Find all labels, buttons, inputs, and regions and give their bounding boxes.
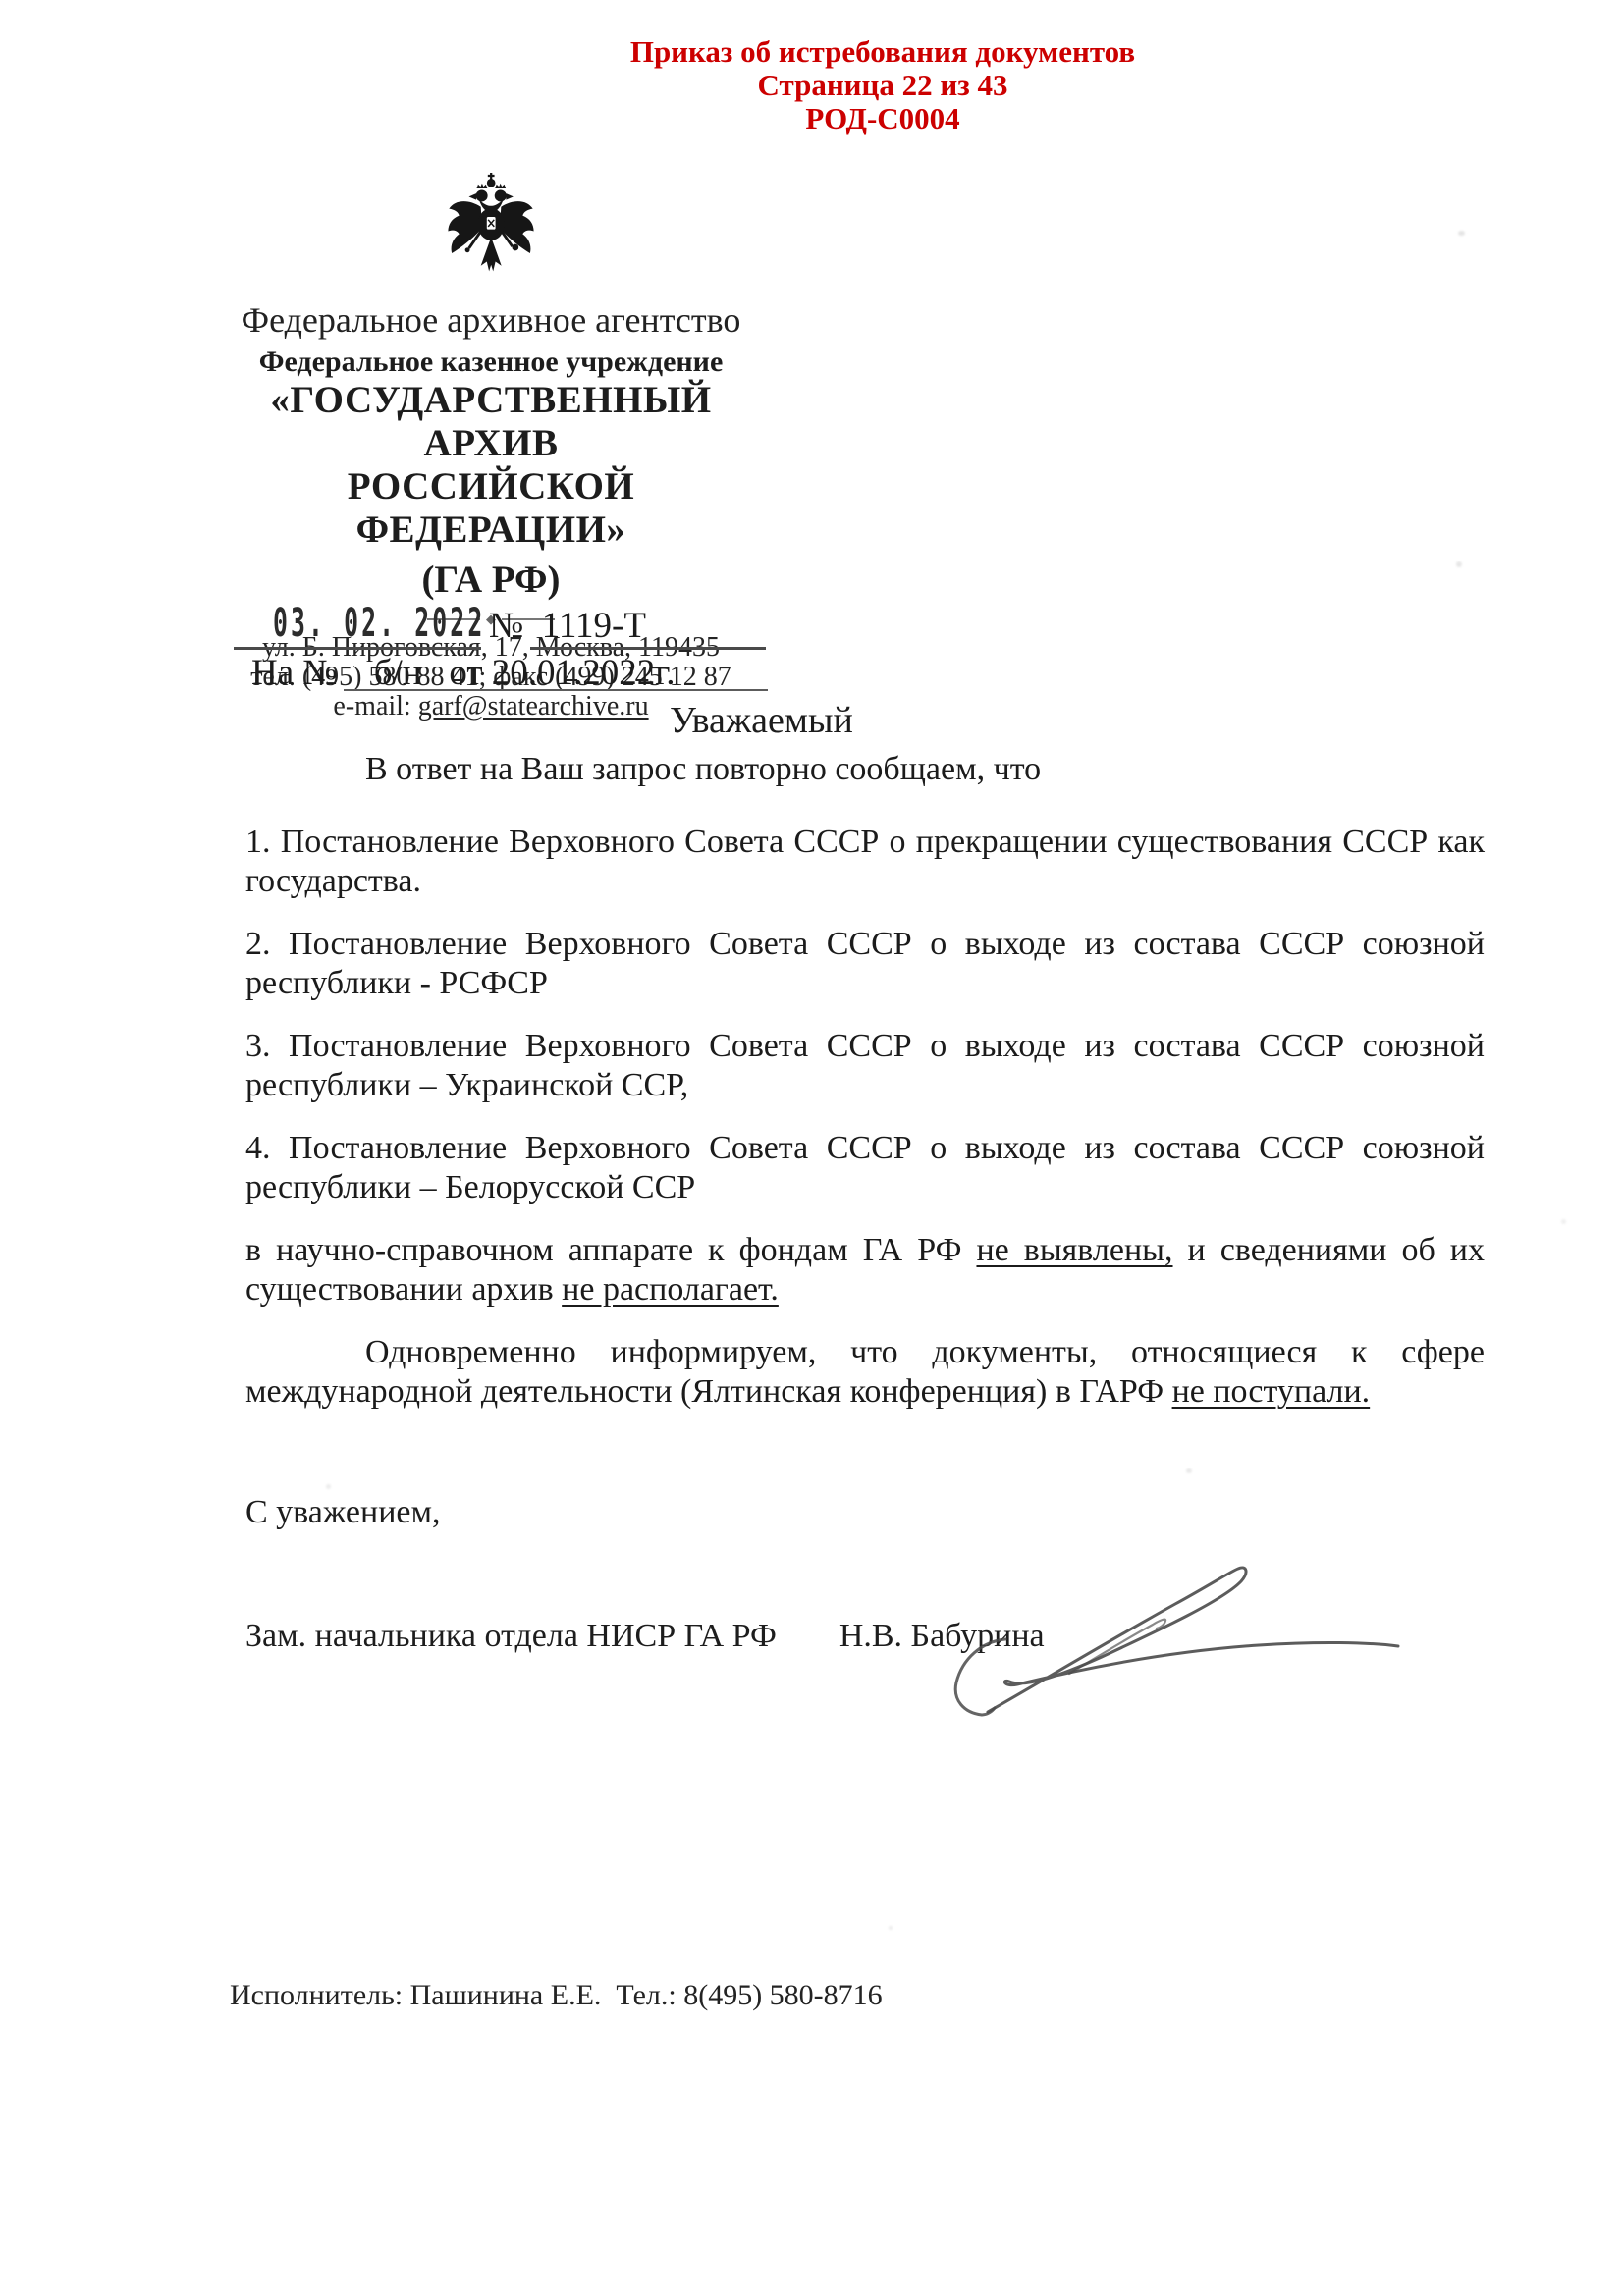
scanned-letter-page: Приказ об истребования документов Страни… bbox=[0, 0, 1624, 2296]
reply-underline bbox=[344, 689, 768, 691]
info-paragraph: Одновременно информируем, что документы,… bbox=[245, 1333, 1485, 1412]
reply-reference-line: На № б/н от 20.01.2022г. bbox=[251, 652, 676, 694]
salutation: Уважаемый bbox=[670, 699, 853, 742]
coat-of-arms-icon bbox=[445, 173, 537, 291]
conclusion-paragraph: в научно-справочном аппарате к фондам ГА… bbox=[245, 1231, 1485, 1309]
executor-line: Исполнитель: Пашинина Е.Е. Тел.: 8(495) … bbox=[230, 1979, 883, 2012]
org-type: Федеральное казенное учреждение bbox=[216, 346, 766, 379]
scan-artifact bbox=[889, 1926, 893, 1930]
date-stamp: 03. 02. 2022 bbox=[273, 601, 485, 646]
scan-artifact bbox=[1456, 561, 1462, 567]
outgoing-number: № 1119-Т bbox=[489, 605, 646, 647]
numbered-item-1: 1. Постановление Верховного Совета СССР … bbox=[245, 823, 1485, 901]
agency-name: Федеральное архивное агентство bbox=[216, 300, 766, 340]
letter-body: В ответ на Ваш запрос повторно сообщаем,… bbox=[245, 750, 1485, 1412]
numbered-item-4: 4. Постановление Верховного Совета СССР … bbox=[245, 1129, 1485, 1207]
closing-phrase: С уважением, bbox=[245, 1494, 441, 1531]
numbered-item-2: 2. Постановление Верховного Совета СССР … bbox=[245, 925, 1485, 1003]
org-name-line1: «ГОСУДАРСТВЕННЫЙ АРХИВ bbox=[216, 379, 766, 465]
numbered-item-3: 3. Постановление Верховного Совета СССР … bbox=[245, 1027, 1485, 1105]
annotation-doc-code: РОД-С0004 bbox=[141, 102, 1624, 135]
annotation-title: Приказ об истребования документов bbox=[141, 35, 1624, 69]
annotation-header: Приказ об истребования документов Страни… bbox=[141, 35, 1624, 135]
org-name-line2: РОССИЙСКОЙ ФЕДЕРАЦИИ» bbox=[216, 465, 766, 552]
handwritten-signature-icon bbox=[935, 1543, 1445, 1754]
signer-row: Зам. начальника отдела НИСР ГА РФ Н.В. Б… bbox=[245, 1618, 1045, 1655]
annotation-page-number: Страница 22 из 43 bbox=[141, 69, 1624, 102]
scan-artifact bbox=[326, 1484, 331, 1489]
signer-position: Зам. начальника отдела НИСР ГА РФ bbox=[245, 1618, 777, 1655]
email-label: e-mail: bbox=[333, 691, 417, 721]
scan-artifact bbox=[1561, 1219, 1566, 1224]
scan-artifact bbox=[1458, 231, 1465, 236]
intro-paragraph: В ответ на Ваш запрос повторно сообщаем,… bbox=[245, 750, 1485, 789]
email-address: garf@statearchive.ru bbox=[418, 691, 649, 721]
scan-artifact bbox=[1186, 1468, 1192, 1473]
org-abbr: (ГА РФ) bbox=[216, 560, 766, 601]
scan-artifact bbox=[1321, 849, 1326, 853]
date-underline bbox=[234, 647, 481, 650]
number-underline bbox=[530, 647, 766, 650]
